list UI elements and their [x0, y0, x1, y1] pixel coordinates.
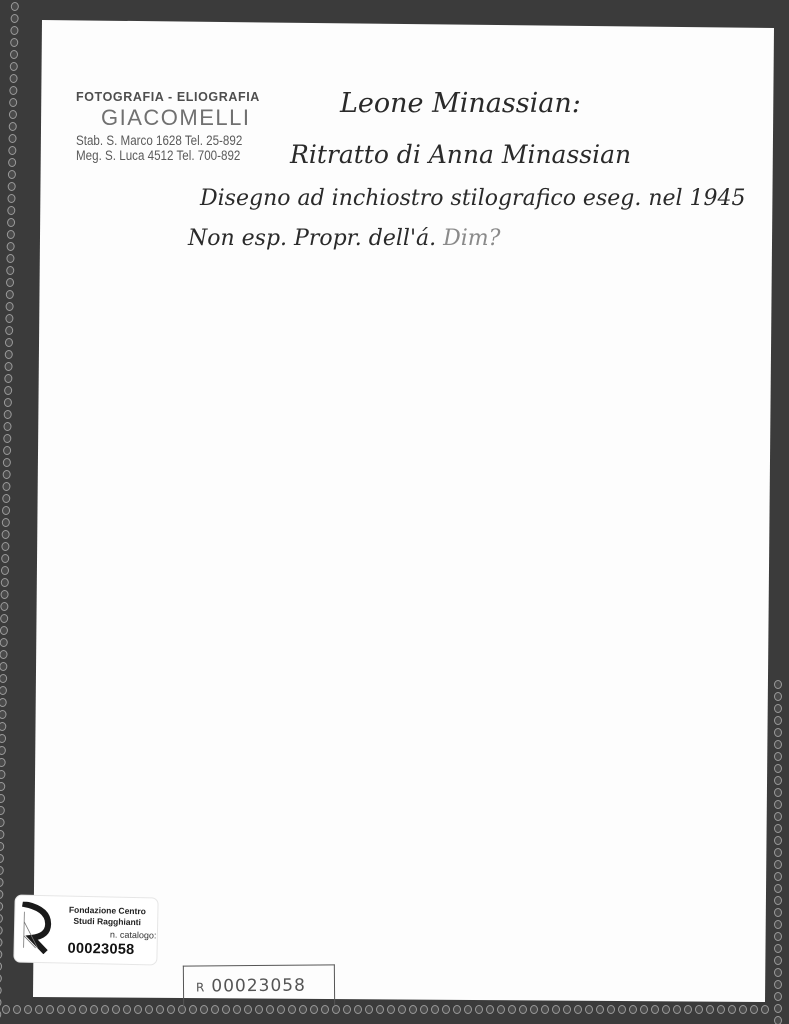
- photographer-stamp: FOTOGRAFIA - ELIOGRAFIA GIACOMELLI Stab.…: [76, 90, 269, 163]
- perforation-hole: [774, 896, 782, 905]
- perforation-hole: [24, 1005, 32, 1014]
- perforation-hole: [453, 1005, 461, 1014]
- perforation-hole: [299, 1005, 307, 1014]
- stamp-line-services: FOTOGRAFIA - ELIOGRAFIA: [76, 90, 269, 104]
- handwritten-technique: Disegno ad inchiostro stilografico eseg.…: [200, 186, 746, 211]
- perforation-hole: [1, 578, 9, 587]
- ragghianti-r-logo-icon: [17, 902, 52, 955]
- perforation-hole: [134, 1005, 142, 1014]
- perforation-hole: [409, 1005, 417, 1014]
- catalog-number-label: n. catalogo:: [110, 930, 157, 941]
- sleeve-perforation-right: [774, 680, 786, 1024]
- perforation-hole: [774, 800, 782, 809]
- perforation-hole: [376, 1005, 384, 1014]
- perforation-hole: [7, 194, 15, 203]
- perforation-hole: [0, 878, 4, 887]
- perforation-hole: [761, 1005, 769, 1014]
- perforation-hole: [145, 1005, 153, 1014]
- perforation-hole: [2, 506, 10, 515]
- perforation-hole: [4, 386, 12, 395]
- perforation-hole: [6, 302, 14, 311]
- perforation-hole: [8, 158, 16, 167]
- perforation-hole: [1, 566, 9, 575]
- perforation-hole: [618, 1005, 626, 1014]
- perforation-hole: [354, 1005, 362, 1014]
- perforation-hole: [365, 1005, 373, 1014]
- perforation-hole: [5, 338, 13, 347]
- inventory-number-box: R00023058: [183, 964, 335, 1006]
- handwritten-title: Ritratto di Anna Minassian: [290, 140, 631, 169]
- perforation-hole: [7, 206, 15, 215]
- perforation-hole: [530, 1005, 538, 1014]
- stamp-address-2: Meg. S. Luca 4512 Tel. 700-892: [76, 148, 242, 163]
- perforation-hole: [695, 1005, 703, 1014]
- perforation-hole: [10, 62, 18, 71]
- perforation-hole: [0, 590, 8, 599]
- perforation-hole: [519, 1005, 527, 1014]
- perforation-hole: [774, 752, 782, 761]
- perforation-hole: [4, 398, 12, 407]
- perforation-hole: [398, 1005, 406, 1014]
- catalog-number: 00023058: [67, 941, 134, 958]
- perforation-hole: [0, 890, 3, 899]
- perforation-hole: [3, 470, 11, 479]
- perforation-hole: [739, 1005, 747, 1014]
- perforation-hole: [167, 1005, 175, 1014]
- perforation-hole: [662, 1005, 670, 1014]
- perforation-hole: [607, 1005, 615, 1014]
- perforation-hole: [10, 26, 18, 35]
- perforation-hole: [774, 680, 782, 689]
- perforation-hole: [774, 932, 782, 941]
- perforation-hole: [5, 350, 13, 359]
- perforation-hole: [343, 1005, 351, 1014]
- perforation-hole: [750, 1005, 758, 1014]
- perforation-hole: [728, 1005, 736, 1014]
- perforation-hole: [1, 542, 9, 551]
- perforation-hole: [774, 1004, 782, 1013]
- perforation-hole: [497, 1005, 505, 1014]
- perforation-hole: [46, 1005, 54, 1014]
- perforation-hole: [640, 1005, 648, 1014]
- perforation-hole: [774, 776, 782, 785]
- perforation-hole: [13, 1005, 21, 1014]
- perforation-hole: [774, 920, 782, 929]
- handwritten-dimensions-query: Dim?: [443, 226, 500, 251]
- perforation-hole: [5, 326, 13, 335]
- perforation-hole: [774, 860, 782, 869]
- perforation-hole: [7, 242, 15, 251]
- perforation-hole: [0, 650, 8, 659]
- perforation-hole: [585, 1005, 593, 1014]
- perforation-hole: [156, 1005, 164, 1014]
- perforation-hole: [629, 1005, 637, 1014]
- perforation-hole: [244, 1005, 252, 1014]
- perforation-hole: [0, 842, 4, 851]
- perforation-hole: [774, 848, 782, 857]
- perforation-hole: [0, 686, 7, 695]
- perforation-hole: [0, 602, 8, 611]
- perforation-hole: [0, 758, 6, 767]
- perforation-hole: [2, 530, 10, 539]
- sleeve-perforation-bottom: [0, 1005, 789, 1017]
- perforation-hole: [0, 938, 3, 947]
- perforation-hole: [3, 434, 11, 443]
- perforation-hole: [774, 716, 782, 725]
- perforation-hole: [0, 926, 3, 935]
- perforation-hole: [673, 1005, 681, 1014]
- perforation-hole: [431, 1005, 439, 1014]
- perforation-hole: [0, 854, 4, 863]
- perforation-hole: [9, 98, 17, 107]
- perforation-hole: [774, 908, 782, 917]
- perforation-hole: [464, 1005, 472, 1014]
- perforation-hole: [0, 674, 7, 683]
- perforation-hole: [68, 1005, 76, 1014]
- handwritten-ownership: Non esp. Propr. dell'á.: [188, 226, 436, 251]
- stamp-studio-name: GIACOMELLI: [101, 105, 269, 131]
- perforation-hole: [35, 1005, 43, 1014]
- perforation-hole: [774, 992, 782, 1001]
- perforation-hole: [123, 1005, 131, 1014]
- perforation-hole: [6, 254, 14, 263]
- perforation-hole: [717, 1005, 725, 1014]
- perforation-hole: [774, 1016, 782, 1024]
- perforation-hole: [552, 1005, 560, 1014]
- perforation-hole: [2, 1005, 10, 1014]
- perforation-hole: [0, 974, 2, 983]
- perforation-hole: [486, 1005, 494, 1014]
- perforation-hole: [684, 1005, 692, 1014]
- label-organization: Fondazione Centro Studi Ragghianti: [67, 905, 147, 929]
- perforation-hole: [0, 722, 6, 731]
- perforation-hole: [11, 2, 19, 11]
- catalog-label: Fondazione Centro Studi Ragghianti n. ca…: [14, 896, 157, 965]
- perforation-hole: [774, 788, 782, 797]
- perforation-hole: [2, 482, 10, 491]
- perforation-hole: [0, 614, 8, 623]
- perforation-hole: [774, 980, 782, 989]
- sleeve-perforation-left: [0, 0, 23, 1024]
- perforation-hole: [10, 50, 18, 59]
- perforation-hole: [1, 554, 9, 563]
- perforation-hole: [90, 1005, 98, 1014]
- perforation-hole: [8, 146, 16, 155]
- perforation-hole: [9, 86, 17, 95]
- perforation-hole: [0, 950, 2, 959]
- perforation-hole: [442, 1005, 450, 1014]
- perforation-hole: [255, 1005, 263, 1014]
- perforation-hole: [774, 872, 782, 881]
- perforation-hole: [0, 638, 8, 647]
- perforation-hole: [0, 866, 4, 875]
- perforation-hole: [541, 1005, 549, 1014]
- perforation-hole: [774, 728, 782, 737]
- perforation-hole: [4, 362, 12, 371]
- perforation-hole: [774, 692, 782, 701]
- perforation-hole: [0, 818, 5, 827]
- perforation-hole: [774, 884, 782, 893]
- perforation-hole: [79, 1005, 87, 1014]
- inventory-prefix: R: [196, 980, 205, 994]
- perforation-hole: [774, 944, 782, 953]
- perforation-hole: [774, 956, 782, 965]
- perforation-hole: [4, 374, 12, 383]
- perforation-hole: [266, 1005, 274, 1014]
- perforation-hole: [7, 218, 15, 227]
- perforation-hole: [420, 1005, 428, 1014]
- perforation-hole: [475, 1005, 483, 1014]
- perforation-hole: [288, 1005, 296, 1014]
- perforation-hole: [2, 518, 10, 527]
- perforation-hole: [9, 122, 17, 131]
- perforation-hole: [3, 458, 11, 467]
- handwritten-notes: Non esp. Propr. dell'á. Dim?: [188, 226, 500, 251]
- perforation-hole: [0, 698, 7, 707]
- perforation-hole: [277, 1005, 285, 1014]
- perforation-hole: [0, 662, 7, 671]
- perforation-hole: [596, 1005, 604, 1014]
- perforation-hole: [0, 902, 3, 911]
- perforation-hole: [0, 734, 6, 743]
- perforation-hole: [0, 782, 5, 791]
- perforation-hole: [321, 1005, 329, 1014]
- perforation-hole: [101, 1005, 109, 1014]
- perforation-hole: [574, 1005, 582, 1014]
- perforation-hole: [387, 1005, 395, 1014]
- perforation-hole: [0, 986, 2, 995]
- inventory-digits: 00023058: [211, 976, 306, 997]
- perforation-hole: [222, 1005, 230, 1014]
- label-org-line-2: Studi Ragghianti: [67, 916, 147, 929]
- perforation-hole: [7, 230, 15, 239]
- perforation-hole: [8, 182, 16, 191]
- perforation-hole: [563, 1005, 571, 1014]
- perforation-hole: [0, 746, 6, 755]
- perforation-hole: [0, 770, 6, 779]
- perforation-hole: [774, 968, 782, 977]
- perforation-hole: [774, 740, 782, 749]
- perforation-hole: [774, 812, 782, 821]
- perforation-hole: [0, 830, 4, 839]
- perforation-hole: [310, 1005, 318, 1014]
- perforation-hole: [332, 1005, 340, 1014]
- handwritten-artist: Leone Minassian:: [340, 88, 581, 119]
- inventory-number: R00023058: [196, 976, 306, 997]
- perforation-hole: [6, 278, 14, 287]
- perforation-hole: [706, 1005, 714, 1014]
- perforation-hole: [3, 446, 11, 455]
- perforation-hole: [0, 962, 2, 971]
- perforation-hole: [0, 806, 5, 815]
- perforation-hole: [6, 266, 14, 275]
- perforation-hole: [0, 710, 7, 719]
- perforation-hole: [4, 410, 12, 419]
- perforation-hole: [651, 1005, 659, 1014]
- perforation-hole: [774, 764, 782, 773]
- perforation-hole: [10, 38, 18, 47]
- perforation-hole: [774, 704, 782, 713]
- perforation-hole: [57, 1005, 65, 1014]
- perforation-hole: [11, 14, 19, 23]
- perforation-hole: [112, 1005, 120, 1014]
- perforation-hole: [8, 170, 16, 179]
- perforation-hole: [9, 110, 17, 119]
- perforation-hole: [0, 914, 3, 923]
- perforation-hole: [2, 494, 10, 503]
- perforation-hole: [774, 836, 782, 845]
- perforation-hole: [0, 626, 8, 635]
- perforation-hole: [774, 824, 782, 833]
- perforation-hole: [5, 314, 13, 323]
- perforation-hole: [233, 1005, 241, 1014]
- perforation-hole: [3, 422, 11, 431]
- perforation-hole: [0, 794, 5, 803]
- perforation-hole: [508, 1005, 516, 1014]
- perforation-hole: [8, 134, 16, 143]
- perforation-hole: [6, 290, 14, 299]
- perforation-hole: [10, 74, 18, 83]
- stamp-address-1: Stab. S. Marco 1628 Tel. 25-892: [76, 133, 242, 148]
